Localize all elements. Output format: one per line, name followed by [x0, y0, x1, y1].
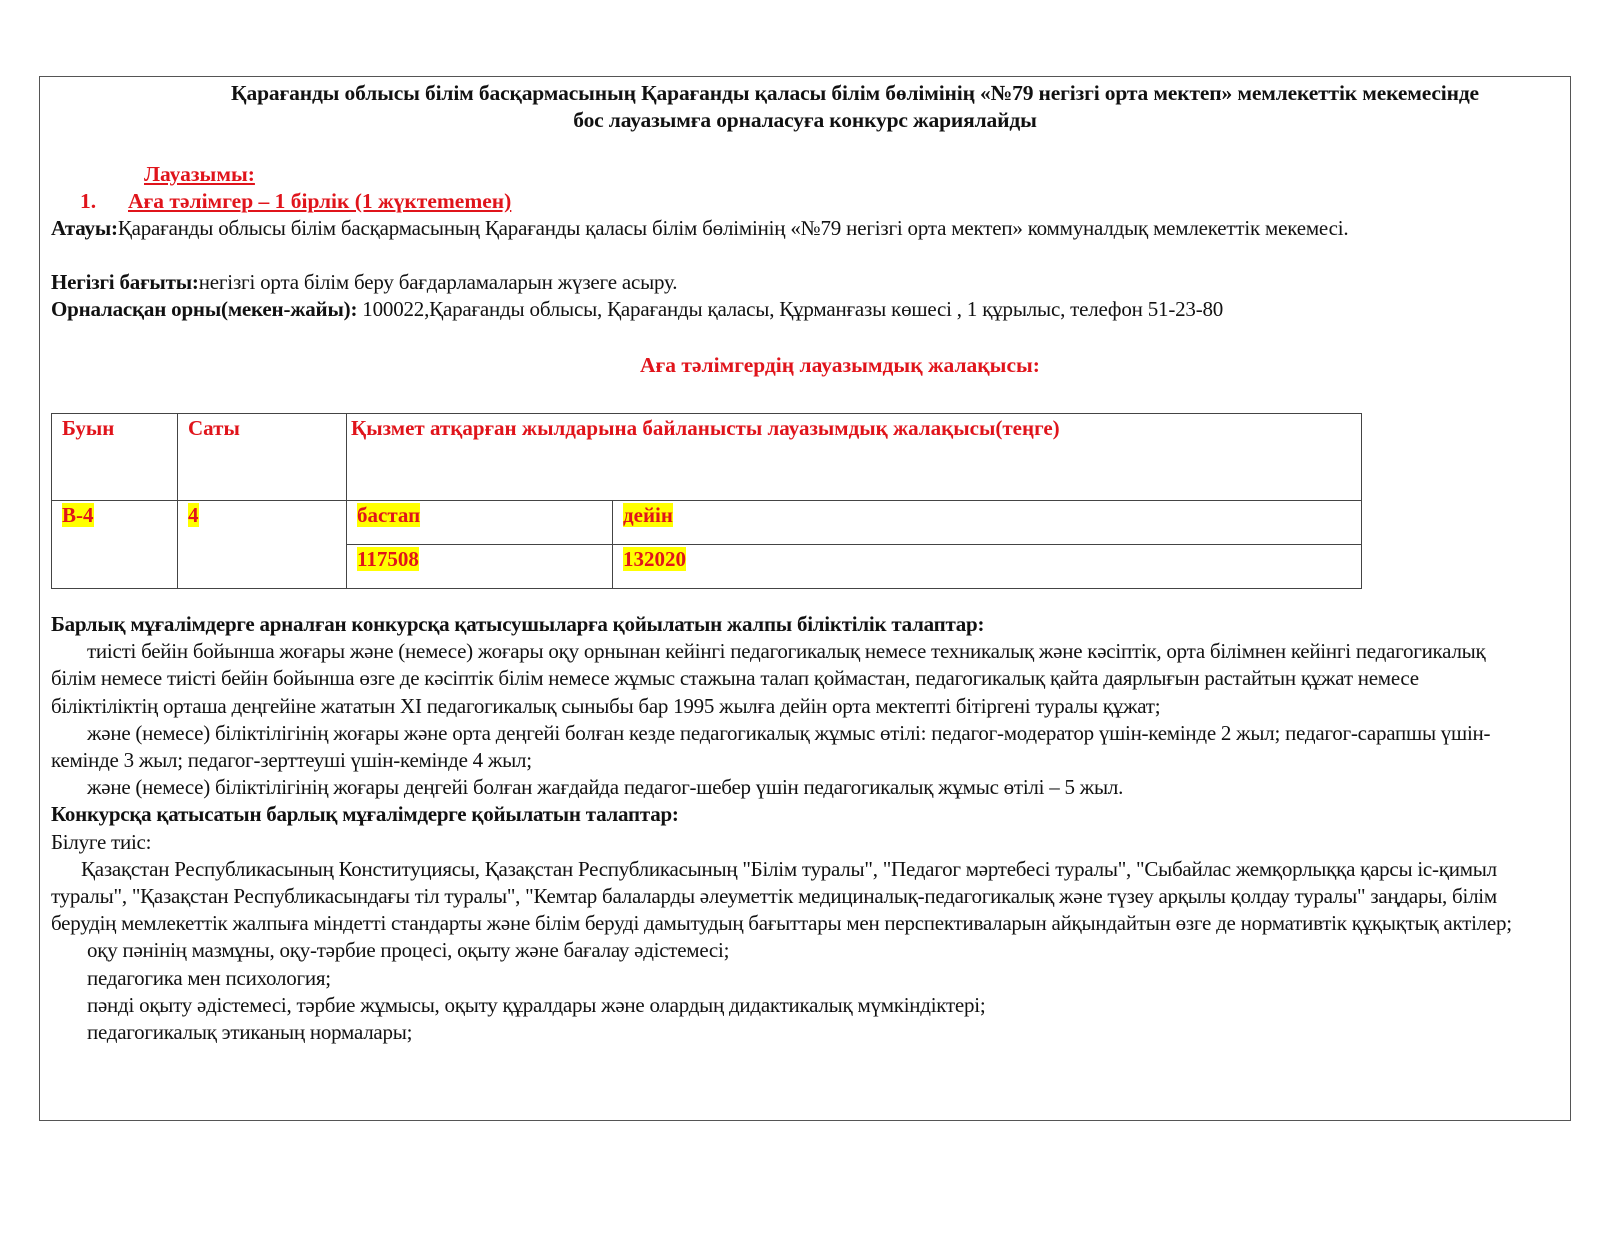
- header-salary: Қызмет атқарған жылдарына байланысты лау…: [347, 414, 1362, 501]
- header-buyn: Буын: [52, 414, 178, 501]
- name-label: Атауы:: [51, 216, 118, 240]
- cell-from-value: 117508: [347, 545, 613, 589]
- salary-table-row: В-4 4 бастап дейін: [52, 501, 1362, 545]
- position-item-text: Аға тәлімгер – 1 бірлік (1 жүктememен): [128, 189, 511, 213]
- direction-label: Негізгі бағыты:: [51, 270, 199, 294]
- cell-saty: 4: [178, 501, 347, 589]
- document-title: Қарағанды облысы білім басқармасының Қар…: [40, 80, 1570, 134]
- cell-from-label: бастап: [347, 501, 613, 545]
- header-buyn-text: Буын: [62, 416, 114, 440]
- saty-value: 4: [188, 503, 199, 527]
- title-line-2: бос лауазымға орналасуға конкурс жарияла…: [573, 108, 1036, 132]
- to-value: 132020: [623, 547, 686, 571]
- header-saty-text: Саты: [188, 416, 240, 440]
- salary-table-header-row: Буын Саты Қызмет атқарған жылдарына байл…: [52, 414, 1362, 501]
- cell-to-label: дейін: [613, 501, 1362, 545]
- direction-paragraph: Негізгі бағыты:негізгі орта білім беру б…: [51, 269, 1510, 296]
- to-label: дейін: [623, 503, 673, 527]
- name-paragraph: Атауы:Қарағанды облысы білім басқармасын…: [51, 215, 1510, 242]
- location-label: Орналасқан орны(мекен-жайы):: [51, 297, 357, 321]
- direction-value: негізгі орта білім беру бағдарламаларын …: [199, 270, 678, 294]
- from-label: бастап: [357, 503, 420, 527]
- cell-to-value: 132020: [613, 545, 1362, 589]
- general-requirement-1: тиісті бейін бойынша жоғары және (немесе…: [51, 638, 1530, 720]
- general-requirement-3: және (немесе) біліктілігінің жоғары деңг…: [51, 774, 1530, 801]
- must-know-item-3: педагогика мен психология;: [51, 965, 1530, 992]
- must-know-label: Білуге тиіс:: [51, 829, 1530, 856]
- must-know-item-4: пәнді оқыту әдістемесі, тәрбие жұмысы, о…: [51, 992, 1530, 1019]
- salary-title: Аға тәлімгердің лауазымдық жалақысы:: [40, 353, 1570, 378]
- position-item: 1.Аға тәлімгер – 1 бірлік (1 жүктememен): [80, 189, 511, 214]
- all-requirements-heading: Конкурсқа қатысатын барлық мұғалімдерге …: [51, 801, 1530, 828]
- position-item-number: 1.: [80, 189, 128, 214]
- general-requirements-heading: Барлық мұғалімдерге арналған конкурсқа қ…: [51, 611, 1530, 638]
- announcement-frame: Қарағанды облысы білім басқармасының Қар…: [39, 76, 1571, 1121]
- header-salary-text: Қызмет атқарған жылдарына байланысты лау…: [351, 416, 1060, 440]
- cell-buyn: В-4: [52, 501, 178, 589]
- location-paragraph: Орналасқан орны(мекен-жайы): 100022,Қара…: [51, 296, 1570, 323]
- general-requirement-2: және (немесе) біліктілігінің жоғары және…: [51, 720, 1530, 774]
- salary-table: Буын Саты Қызмет атқарған жылдарына байл…: [51, 413, 1362, 589]
- header-saty: Саты: [178, 414, 347, 501]
- location-value: 100022,Қарағанды облысы, Қарағанды қалас…: [357, 297, 1223, 321]
- position-heading: Лауазымы:: [144, 162, 255, 187]
- title-line-1: Қарағанды облысы білім басқармасының Қар…: [40, 80, 1570, 107]
- name-value: Қарағанды облысы білім басқармасының Қар…: [118, 216, 1349, 240]
- buyn-value: В-4: [62, 503, 94, 527]
- must-know-item-2: оқу пәнінің мазмұны, оқу-тәрбие процесі,…: [51, 937, 1530, 964]
- must-know-item-1: Қазақстан Республикасының Конституциясы,…: [51, 856, 1530, 938]
- requirements-section: Барлық мұғалімдерге арналған конкурсқа қ…: [51, 611, 1530, 1046]
- from-value: 117508: [357, 547, 419, 571]
- must-know-item-5: педагогикалық этиканың нормалары;: [51, 1019, 1530, 1046]
